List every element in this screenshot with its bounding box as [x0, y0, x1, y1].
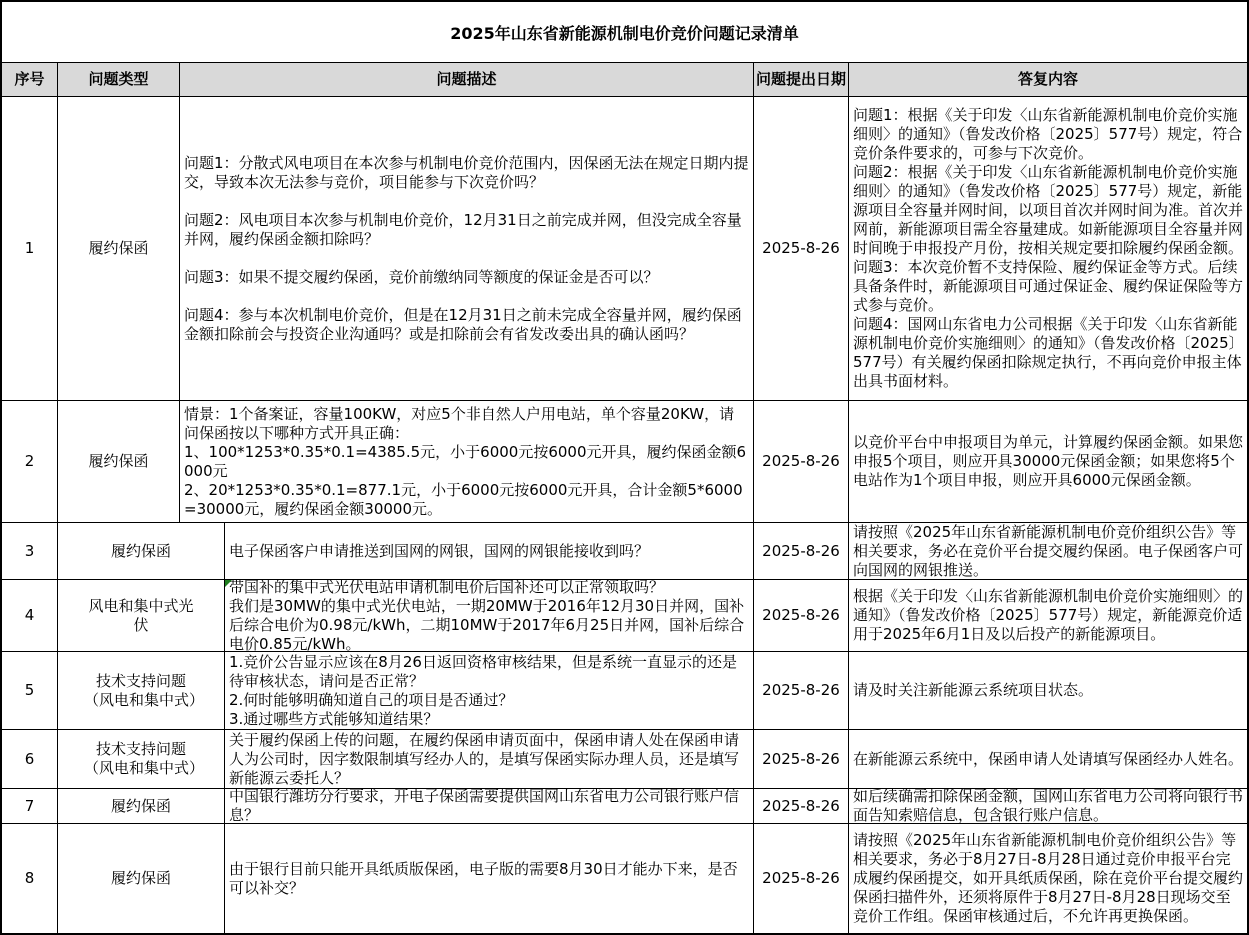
table-row: 7履约保函中国银行潍坊分行要求，开电子保函需要提供国网山东省电力公司银行账户信息… [2, 788, 1247, 823]
table-row: 3履约保函电子保函客户申请推送到国网的网银，国网的网银能接收到吗？2025-8-… [2, 522, 1247, 579]
question-description-cell: 中国银行潍坊分行要求，开电子保函需要提供国网山东省电力公司银行账户信息？ [225, 789, 754, 823]
table-row: 2履约保函情景：1个备案证，容量100KW，对应5个非自然人户用电站，单个容量2… [2, 400, 1247, 522]
row-number-cell: 1 [2, 97, 58, 400]
question-date-cell: 2025-8-26 [754, 824, 849, 933]
column-header-desc: 问题描述 [180, 63, 754, 96]
row-number-cell: 7 [2, 789, 58, 823]
question-type-text: 履约保函 [88, 452, 148, 471]
row-number-cell: 2 [2, 401, 58, 522]
question-type-text: 技术支持问题（风电和集中式） [84, 740, 198, 778]
answer-content-cell: 根据《关于印发〈山东省新能源机制电价竞价实施细则〉的通知》（鲁发改价格〔2025… [849, 580, 1247, 651]
answer-content-cell: 请及时关注新能源云系统项目状态。 [849, 652, 1247, 729]
question-description-cell: 带国补的集中式光伏电站申请机制电价后国补还可以正常领取吗？ 我们是30MW的集中… [225, 580, 754, 651]
question-description-cell: 问题1：分散式风电项目在本次参与机制电价竞价范围内，因保函无法在规定日期内提交，… [180, 97, 754, 400]
row-number-cell: 3 [2, 523, 58, 579]
column-header-no: 序号 [2, 63, 58, 96]
question-type-cell: 履约保函 [58, 97, 180, 400]
question-description-cell: 1.竞价公告显示应该在8月26日返回资格审核结果，但是系统一直显示的还是待审核状… [225, 652, 754, 729]
question-type-cell: 履约保函 [58, 523, 225, 579]
page-title: 2025年山东省新能源机制电价竞价问题记录清单 [2, 2, 1247, 62]
question-type-cell: 技术支持问题（风电和集中式） [58, 652, 225, 729]
question-type-text: 履约保函 [111, 797, 171, 816]
question-type-text: 技术支持问题（风电和集中式） [84, 672, 198, 710]
question-type-text: 风电和集中式光伏 [84, 597, 198, 635]
table-row: 1履约保函问题1：分散式风电项目在本次参与机制电价竞价范围内，因保函无法在规定日… [2, 96, 1247, 400]
question-date-cell: 2025-8-26 [754, 580, 849, 651]
table-row: 4风电和集中式光伏带国补的集中式光伏电站申请机制电价后国补还可以正常领取吗？ 我… [2, 579, 1247, 651]
answer-content-cell: 在新能源云系统中，保函申请人处请填写保函经办人姓名。 [849, 730, 1247, 788]
column-header-date: 问题提出日期 [754, 63, 849, 96]
table-row: 8履约保函由于银行目前只能开具纸质版保函，电子版的需要8月30日才能办下来，是否… [2, 823, 1247, 933]
question-date-cell: 2025-8-26 [754, 401, 849, 522]
answer-content-cell: 请按照《2025年山东省新能源机制电价竞价组织公告》等相关要求，务必于8月27日… [849, 824, 1247, 933]
column-header-answer: 答复内容 [849, 63, 1247, 96]
row-number-cell: 6 [2, 730, 58, 788]
question-description-cell: 电子保函客户申请推送到国网的网银，国网的网银能接收到吗？ [225, 523, 754, 579]
question-type-text: 履约保函 [111, 542, 171, 561]
table-row: 5技术支持问题（风电和集中式）1.竞价公告显示应该在8月26日返回资格审核结果，… [2, 651, 1247, 729]
question-date-cell: 2025-8-26 [754, 730, 849, 788]
question-type-cell: 风电和集中式光伏 [58, 580, 225, 651]
answer-content-cell: 请按照《2025年山东省新能源机制电价竞价组织公告》等相关要求，务必在竞价平台提… [849, 523, 1247, 579]
question-date-cell: 2025-8-26 [754, 789, 849, 823]
row-number-cell: 5 [2, 652, 58, 729]
question-type-text: 履约保函 [111, 869, 171, 888]
row-number-cell: 4 [2, 580, 58, 651]
table-body: 1履约保函问题1：分散式风电项目在本次参与机制电价竞价范围内，因保函无法在规定日… [2, 96, 1247, 933]
answer-content-cell: 问题1：根据《关于印发〈山东省新能源机制电价竞价实施细则〉的通知》（鲁发改价格〔… [849, 97, 1247, 400]
answer-content-cell: 以竞价平台中申报项目为单元，计算履约保函金额。如果您申报5个项目，则应开具300… [849, 401, 1247, 522]
column-header-type: 问题类型 [58, 63, 180, 96]
question-type-cell: 技术支持问题（风电和集中式） [58, 730, 225, 788]
question-record-table: 2025年山东省新能源机制电价竞价问题记录清单 序号 问题类型 问题描述 问题提… [0, 0, 1249, 935]
question-description-cell: 情景：1个备案证，容量100KW，对应5个非自然人户用电站，单个容量20KW，请… [180, 401, 754, 522]
row-number-cell: 8 [2, 824, 58, 933]
question-type-cell: 履约保函 [58, 789, 225, 823]
question-type-cell: 履约保函 [58, 824, 225, 933]
question-description-cell: 关于履约保函上传的问题，在履约保函申请页面中，保函申请人处在保函申请人为公司时，… [225, 730, 754, 788]
question-date-cell: 2025-8-26 [754, 97, 849, 400]
question-date-cell: 2025-8-26 [754, 523, 849, 579]
question-description-cell: 由于银行目前只能开具纸质版保函，电子版的需要8月30日才能办下来，是否可以补交？ [225, 824, 754, 933]
table-header-row: 序号 问题类型 问题描述 问题提出日期 答复内容 [2, 62, 1247, 96]
cell-comment-indicator-icon [225, 580, 232, 587]
question-date-cell: 2025-8-26 [754, 652, 849, 729]
answer-content-cell: 如后续确需扣除保函金额，国网山东省电力公司将向银行书面告知索赔信息，包含银行账户… [849, 789, 1247, 823]
table-row: 6技术支持问题（风电和集中式）关于履约保函上传的问题，在履约保函申请页面中，保函… [2, 729, 1247, 788]
question-type-cell: 履约保函 [58, 401, 180, 522]
question-type-text: 履约保函 [88, 239, 148, 258]
